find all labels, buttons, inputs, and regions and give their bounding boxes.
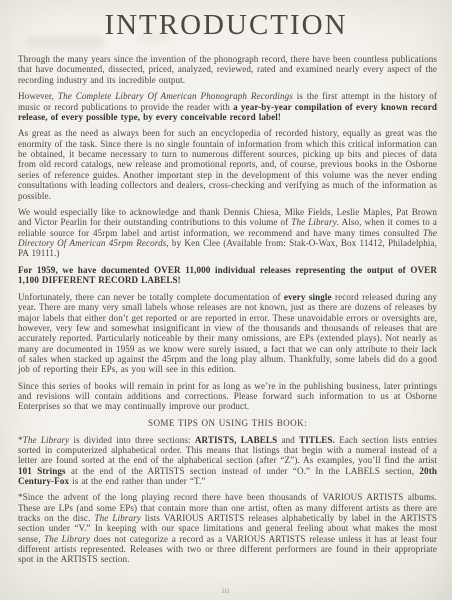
text-run: For 1959, we have documented OVER 11,000… [18,265,437,285]
text-run: 101 Strings [18,466,66,476]
book-page: INTRODUCTION Through the many years sinc… [0,0,452,600]
body-text: Through the many years since the inventi… [18,54,437,571]
paragraph: *The Library is divided into three secti… [18,435,437,487]
text-run: is divided into three sections: [69,435,195,445]
text-run: Unfortunately, there can never be totall… [18,292,284,302]
text-run: The Library [44,534,90,544]
paragraph: As great as the need as always been for … [18,128,437,200]
text-run: SOME TIPS ON USING THIS BOOK: [148,418,307,428]
paragraph: *Since the advent of the long playing re… [18,492,437,564]
text-run: The Library [291,217,336,227]
text-run: is at the end rather than under “T.” [69,476,205,486]
paragraph: Through the many years since the inventi… [18,54,437,85]
text-run: Through the many years since the inventi… [18,54,437,85]
text-run: ARTISTS, LABELS [195,435,277,445]
paragraph: Unfortunately, there can never be totall… [18,292,437,375]
section-heading: SOME TIPS ON USING THIS BOOK: [18,418,437,428]
paragraph: However, The Complete Library Of America… [18,91,437,122]
text-run: record released during any year. There a… [18,292,437,374]
page-number: iii [0,586,452,595]
text-run: The Library [23,435,70,445]
paragraph: We would especially like to acknowledge … [18,207,437,259]
show-through-mark [140,33,170,42]
page-title: INTRODUCTION [0,0,452,41]
text-run: As great as the need as always been for … [18,128,437,200]
text-run: The Complete Library Of American Phonogr… [58,91,293,101]
paragraph: For 1959, we have documented OVER 11,000… [18,265,437,286]
text-run: However, [18,91,58,101]
text-run: every single [284,292,332,302]
text-run: Since this series of books will remain i… [18,381,437,412]
text-run: and [277,435,299,445]
text-run: TITLES. [299,435,335,445]
text-run: at the end of the ARTISTS section instea… [66,466,420,476]
show-through-mark [26,36,104,49]
text-run: The Library [94,513,140,523]
paragraph: Since this series of books will remain i… [18,381,437,412]
